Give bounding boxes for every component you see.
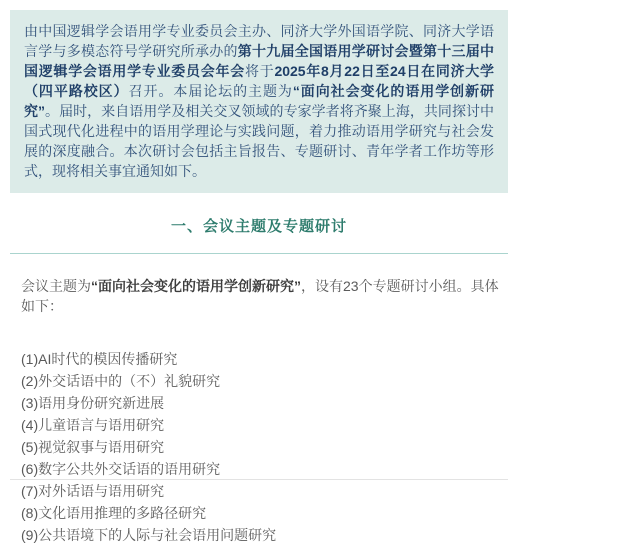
intro-box: 由中国逻辑学会语用学专业委员会主办、同济大学外国语学院、同济大学语言学与多模态符… [10, 10, 508, 193]
topic-list: (1)AI时代的模因传播研究(2)外交话语中的（不）礼貌研究(3)语用身份研究新… [10, 348, 508, 483]
topic-item: (1)AI时代的模因传播研究 [21, 348, 508, 370]
text-run: 将于 [245, 63, 274, 79]
article-page: 由中国逻辑学会语用学专业委员会主办、同济大学外国语学院、同济大学语言学与多模态符… [10, 10, 508, 483]
section-divider [10, 253, 508, 254]
text-run: 召开。本届论坛的主题为 [129, 83, 293, 99]
topic-item: (6)数字公共外交话语的语用研究 [21, 458, 508, 480]
topic-item: (5)视觉叙事与语用研究 [21, 436, 508, 458]
intro-paragraph: 由中国逻辑学会语用学专业委员会主办、同济大学外国语学院、同济大学语言学与多模态符… [24, 21, 494, 181]
topic-item: (4)儿童语言与语用研究 [21, 414, 508, 436]
theme-paragraph: 会议主题为“面向社会变化的语用学创新研究”，设有23个专题研讨小组。具体如下： [10, 276, 508, 316]
text-run: 。届时，来自语用学及相关交叉领域的专家学者将齐聚上海，共同探讨中国式现代化进程中… [24, 103, 494, 179]
text-run: “面向社会变化的语用学创新研究” [91, 278, 301, 294]
text-run: 会议主题为 [21, 278, 91, 294]
bottom-divider [10, 479, 508, 480]
topic-item: (2)外交话语中的（不）礼貌研究 [21, 370, 508, 392]
section-heading: 一、会议主题及专题研讨 [10, 218, 508, 235]
topic-item: (3)语用身份研究新进展 [21, 392, 508, 414]
